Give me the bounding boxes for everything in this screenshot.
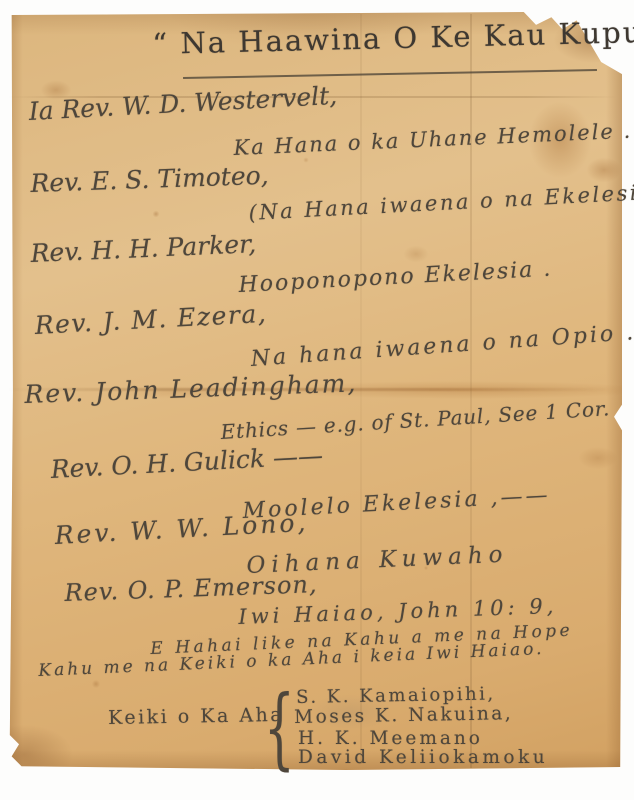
footer-name-nakuina: Moses K. Nakuina, — [294, 703, 513, 728]
footer-name-meemano: H. K. Meemano — [298, 728, 483, 749]
scanned-manuscript-page: { "colors": { "paper": "#dfb77f", "penci… — [0, 0, 634, 800]
footer-label-keiki-o-ka-aha: Keiki o Ka Aha — [108, 704, 284, 729]
brace-glyph: { — [264, 676, 295, 779]
footer-name-keliiokamoku: David Keliiokamoku — [298, 747, 548, 768]
